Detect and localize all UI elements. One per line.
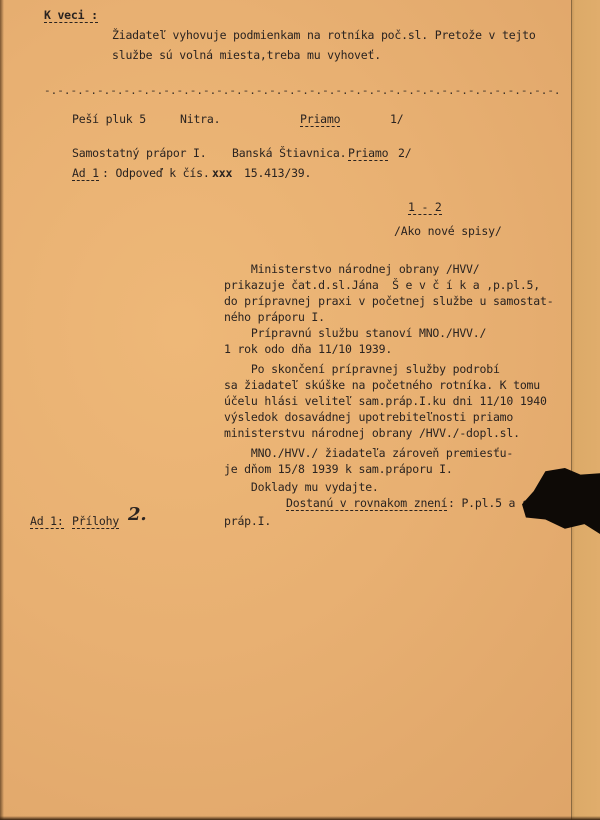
body-line: účelu hlási veliteľ sam.práp.I.ku dni 11… — [224, 394, 547, 408]
new-files-note: /Ako nové spisy/ — [394, 224, 502, 238]
ink-blot — [522, 468, 600, 534]
copies-cont: práp.I. — [224, 514, 271, 528]
body-line: Ministerstvo národnej obrany /HVV/ — [224, 262, 480, 276]
range-label: 1 - 2 — [408, 200, 442, 215]
document-page: K veci : Žiadateľ vyhovuje podmienkam na… — [0, 0, 600, 820]
attachments-ad: Ad 1: — [30, 514, 64, 529]
body-line: 1 rok odo dňa 11/10 1939. — [224, 342, 392, 356]
body-line: Doklady mu vydajte. — [224, 480, 379, 494]
attachments-count-handwritten: 2. — [128, 508, 146, 522]
body-line: je dňom 15/8 1939 k sam.práporu I. — [224, 462, 453, 476]
body-line: sa žiadateľ skúške na početného rotníka.… — [224, 378, 540, 392]
recipient-place: Banská Štiavnica. — [232, 146, 346, 160]
body-line: ministerstvu národnej obrany /HVV./-dopl… — [224, 426, 520, 440]
recipient-place: Nitra. — [180, 112, 220, 126]
body-line: Prípravnú službu stanoví MNO./HVV./ — [224, 326, 486, 340]
page-shadow-bottom — [0, 816, 600, 820]
subject-line-1: Žiadateľ vyhovuje podmienkam na rotníka … — [112, 28, 536, 42]
struck-text: xxx — [212, 166, 232, 180]
body-line: MNO./HVV./ žiadateľa zároveň premiesťu- — [224, 446, 513, 460]
body-line: Po skončení prípravnej služby podrobí — [224, 362, 500, 376]
recipient-unit: Samostatný prápor I. — [72, 146, 206, 160]
heading-label: K veci : — [44, 8, 98, 23]
attachments-label: Přílohy — [72, 514, 119, 529]
copies-label: Dostanú v rovnakom znení — [286, 496, 447, 511]
page-shadow-left — [0, 0, 4, 820]
reference-number: 15.413/39. — [244, 166, 311, 180]
subject-line-2: službe sú volná miesta,treba mu vyhoveť. — [112, 48, 381, 62]
copies-text: : P.pl.5 a sa — [448, 496, 535, 510]
body-line: ného práporu I. — [224, 310, 325, 324]
recipient-delivery: Priamo — [348, 146, 388, 161]
ad1-text: : Odpoveď k čís. — [102, 166, 210, 180]
body-line: výsledok dosavádnej upotrebiteľnosti pri… — [224, 410, 513, 424]
body-line: prikazuje čat.d.sl.Jána Š e v č í k a ,p… — [224, 278, 540, 292]
recipient-unit: Peší pluk 5 — [72, 112, 146, 126]
body-line: do prípravnej praxi v početnej službe u … — [224, 294, 553, 308]
ad1-label: Ad 1 — [72, 166, 99, 181]
divider-line: -.-.-.-.-.-.-.-.-.-.-.-.-.-.-.-.-.-.-.-.… — [44, 84, 560, 97]
recipient-number: 2/ — [398, 146, 411, 160]
underlying-page-edge — [571, 0, 600, 820]
recipient-delivery: Priamo — [300, 112, 340, 127]
recipient-number: 1/ — [390, 112, 403, 126]
